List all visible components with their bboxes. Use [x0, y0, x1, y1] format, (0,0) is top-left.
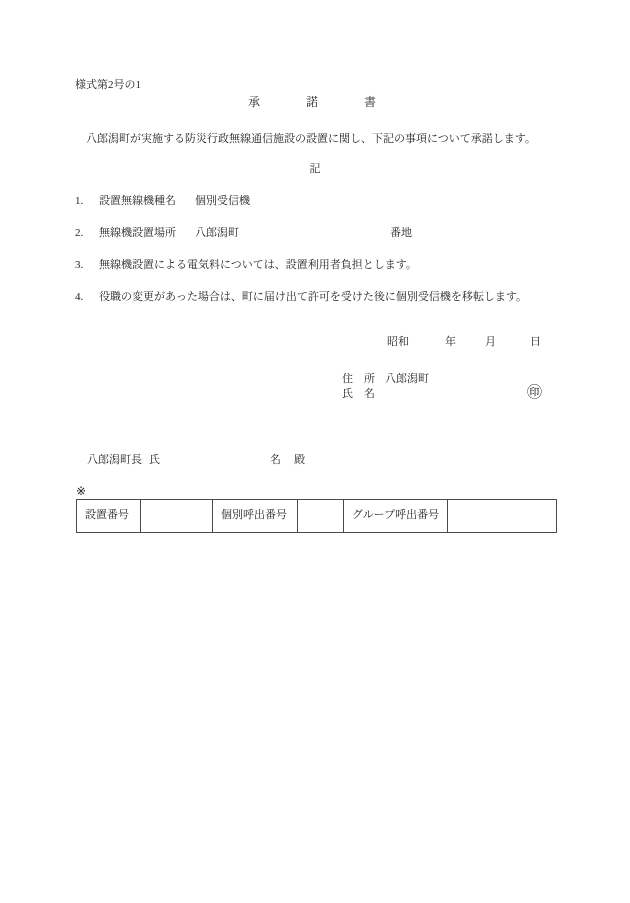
- item-value: 八郎潟町: [195, 227, 239, 239]
- consent-item-4: 4.役職の変更があった場合は、町に届け出て許可を受けた後に個別受信機を移転します…: [75, 292, 527, 303]
- seal-mark-icon: ㊞: [527, 386, 542, 401]
- table-cell-label-group-call-number: グループ呼出番号: [344, 500, 448, 532]
- item-text: 無線機設置による電気料については、設置利用者負担とします。: [99, 259, 417, 271]
- month-label: 月: [485, 337, 496, 348]
- item-number: 4.: [75, 292, 99, 303]
- name-line: 氏 名: [342, 389, 375, 400]
- era-label: 昭和: [387, 337, 409, 348]
- document-page: 様式第2号の1 承諾書 八郎潟町が実施する防災行政無線通信施設の設置に関し、下記…: [0, 0, 630, 903]
- table-cell-value-individual-call-number: [298, 500, 344, 532]
- year-label: 年: [445, 337, 456, 348]
- item-number: 3.: [75, 260, 99, 271]
- addressee-line: 八郎潟町長氏名殿: [87, 455, 305, 466]
- form-number: 様式第2号の1: [75, 80, 141, 91]
- table-cell-label-individual-call-number: 個別呼出番号: [213, 500, 298, 532]
- day-label: 日: [530, 337, 541, 348]
- table-cell-label-installation-number: 設置番号: [77, 500, 141, 532]
- intro-paragraph: 八郎潟町が実施する防災行政無線通信施設の設置に関し、下記の事項について承諾します…: [75, 134, 536, 145]
- consent-item-2: 2.無線機設置場所八郎潟町番地: [75, 228, 412, 239]
- note-mark: ※: [76, 485, 86, 497]
- item-number: 2.: [75, 228, 99, 239]
- call-number-table: 設置番号 個別呼出番号 グループ呼出番号: [76, 499, 557, 533]
- addressee-mei: 名: [270, 454, 281, 466]
- table-cell-value-group-call-number: [448, 500, 556, 532]
- item-text: 役職の変更があった場合は、町に届け出て許可を受けた後に個別受信機を移転します。: [99, 291, 527, 303]
- document-title: 承諾書: [248, 96, 422, 108]
- table-cell-value-installation-number: [141, 500, 213, 532]
- date-line: 昭和年月日: [387, 337, 541, 348]
- addressee-honorific: 殿: [294, 454, 305, 466]
- consent-item-3: 3.無線機設置による電気料については、設置利用者負担とします。: [75, 260, 417, 271]
- name-label: 氏 名: [342, 388, 375, 400]
- consent-item-1: 1.設置無線機種名個別受信機: [75, 196, 401, 207]
- address-line: 住 所八郎潟町: [342, 374, 429, 385]
- address-value: 八郎潟町: [385, 373, 429, 385]
- item-label: 設置無線機種名: [99, 196, 195, 207]
- item-value: 個別受信機: [195, 195, 250, 207]
- item-number: 1.: [75, 196, 99, 207]
- item-suffix: 番地: [390, 227, 412, 239]
- item-label: 無線機設置場所: [99, 228, 195, 239]
- address-label: 住 所: [342, 373, 375, 385]
- ki-heading: 記: [0, 164, 630, 175]
- addressee-sei: 氏: [149, 454, 160, 466]
- addressee-office: 八郎潟町長: [87, 454, 142, 466]
